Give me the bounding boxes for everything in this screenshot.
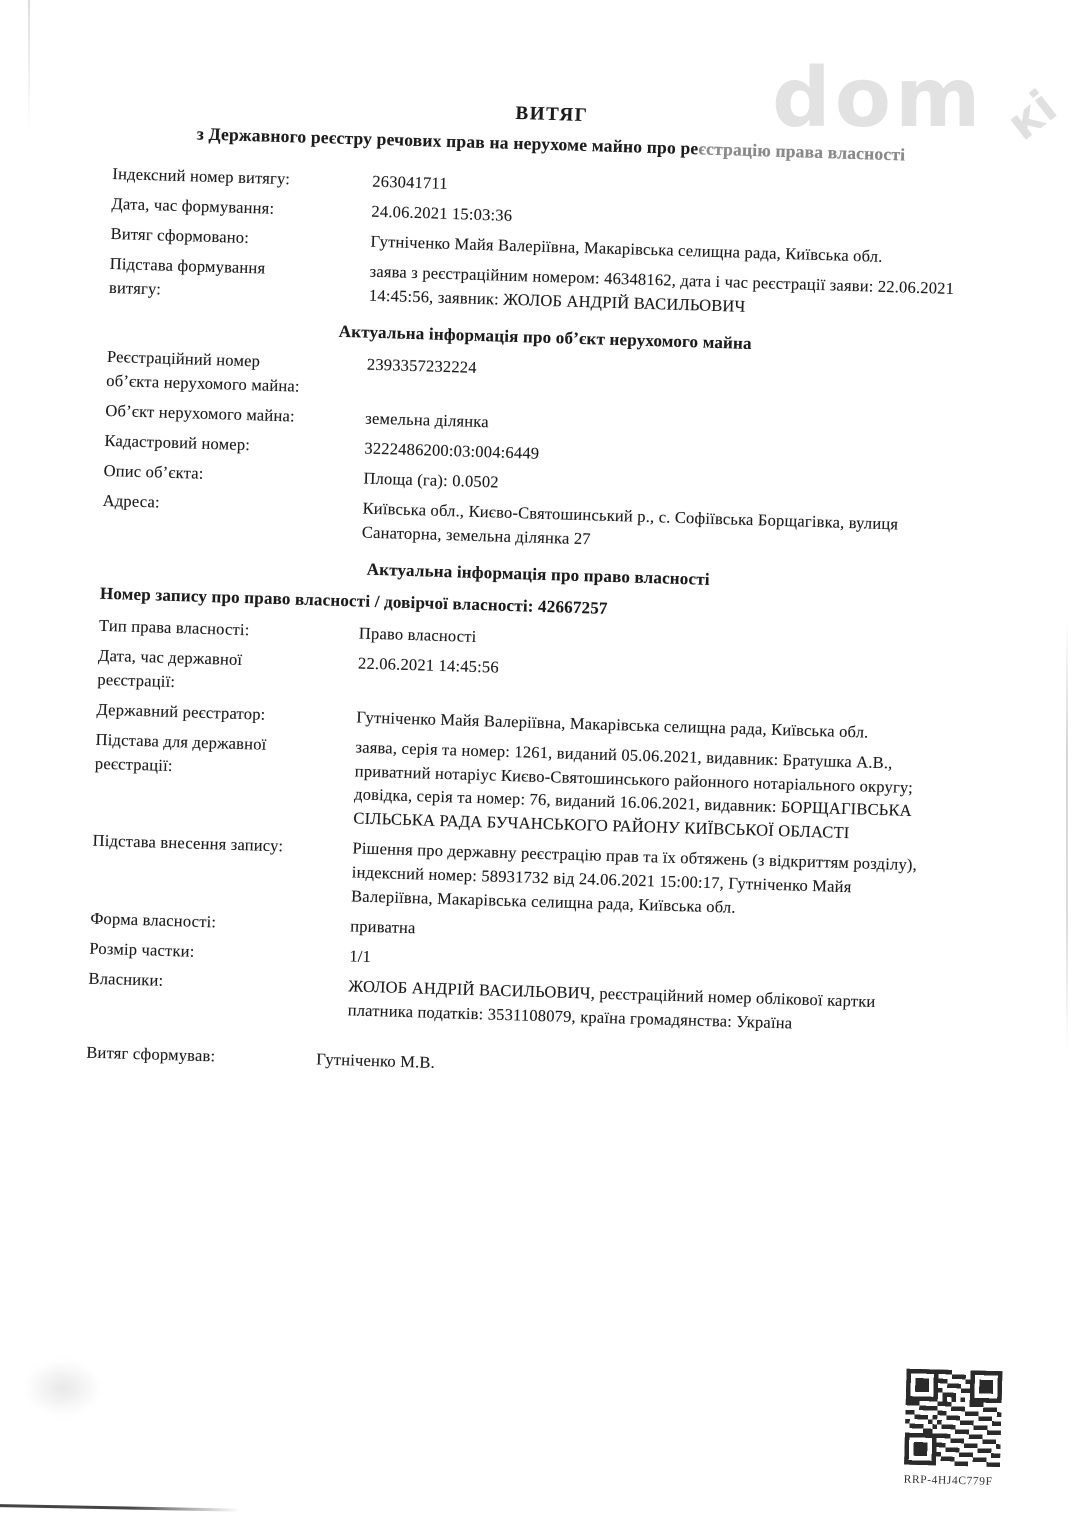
field-label: Дата, час формування: [111,192,312,222]
field-value: ЖОЛОБ АНДРІЙ ВАСИЛЬОВИЧ, реєстраційний н… [347,974,933,1039]
field-state-reg-basis: Підстава для державної реєстрації: заява… [93,727,970,849]
field-value: Київська обл., Києво-Святошинський р., с… [362,496,948,561]
scanned-document-page: dom кі ВИТЯГ з Державного реєстру речови… [0,0,1080,1525]
field-label: Підстава для державної реєстрації: [93,727,296,829]
field-value: заява з реєстраційним номером: 46348162,… [369,259,955,324]
field-value: 2393357232224 [366,353,952,418]
field-label: Витяг сформував: [86,1040,259,1069]
field-extract-formed: Витяг сформував: Гутніченко М.В. [86,1040,961,1090]
scan-smudge [8,1348,118,1428]
document-content: ВИТЯГ з Державного реєстру речових прав … [86,88,990,1096]
field-label: Розмір частки: [89,937,290,967]
scan-edge-line-left [28,0,30,130]
field-value: заява, серія та номер: 1261, виданий 05.… [353,735,941,848]
field-label: Власники: [88,967,289,1021]
subtitle-faded: єстрацію права власності [698,138,905,164]
field-label: Підстава внесення запису: [91,829,293,907]
field-label: Тип права власності: [99,614,300,644]
qr-block: RRP-4HJ4C779F [903,1369,1010,1489]
watermark-fragment: кі [999,82,1064,147]
field-label: Адреса: [102,489,303,543]
field-value: 22.06.2021 14:45:56 [357,651,943,716]
scan-edge-line-right [1066,620,1068,1050]
field-label: Підстава формування витягу: [109,252,310,306]
field-label: Форма власності: [90,907,291,937]
field-value: Рішення про державну реєстрацію прав та … [351,837,938,926]
qr-code [904,1369,1002,1467]
field-value: Гутніченко М.В. [316,1047,901,1088]
field-label: Об’єкт нерухомого майна: [105,399,306,429]
field-label: Державний реєстратор: [96,697,297,727]
scan-edge-line-bottom [0,1504,240,1512]
field-label: Реєстраційний номер об’єкта нерухомого м… [106,345,307,399]
field-label: Витяг сформовано: [110,222,311,252]
qr-label: RRP-4HJ4C779F [903,1474,1007,1489]
field-label: Опис об’єкта: [103,459,304,489]
field-label: Дата, час державної реєстрації: [97,644,298,698]
field-label: Кадастровий номер: [104,429,305,459]
field-label: Індексний номер витягу: [112,162,313,192]
